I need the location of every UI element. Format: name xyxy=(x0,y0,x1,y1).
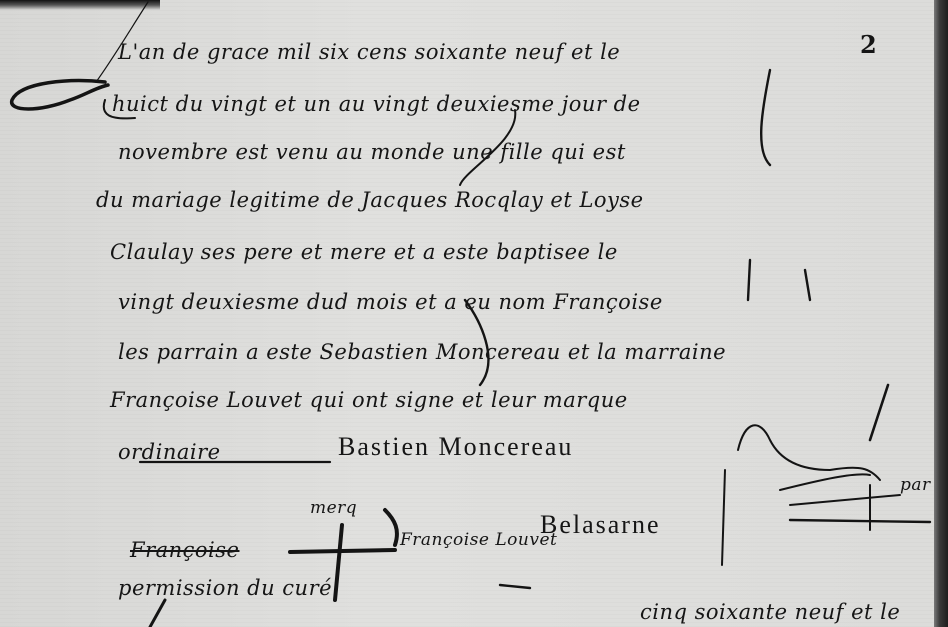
right-margin-note: par xyxy=(900,475,931,495)
mark-text: Françoise Louvet xyxy=(400,530,557,550)
priest-signature: Belasarne xyxy=(540,510,661,540)
record-line-9: ordinaire xyxy=(118,440,221,464)
line-text: huict du vingt et un au vingt deuxiesme … xyxy=(112,92,641,116)
signature-text: Bastien Moncereau xyxy=(338,432,573,461)
note-text: par xyxy=(900,475,931,495)
record-line-5: Claulay ses pere et mere et a este bapti… xyxy=(110,240,618,264)
record-line-4: du mariage legitime de Jacques Rocqlay e… xyxy=(96,188,644,212)
line-text: L'an de grace mil six cens soixante neuf… xyxy=(118,40,620,64)
record-line-2: huict du vingt et un au vingt deuxiesme … xyxy=(112,92,641,116)
line-text: Françoise Louvet qui ont signe et leur m… xyxy=(110,388,628,412)
page-number-mark: 2 xyxy=(860,30,877,59)
record-line-3: novembre est venu au monde une fille qui… xyxy=(118,140,626,164)
record-line-1: L'an de grace mil six cens soixante neuf… xyxy=(118,40,620,64)
marginal-note: merq xyxy=(310,498,357,518)
record-line-8: Françoise Louvet qui ont signe et leur m… xyxy=(110,388,628,412)
line-text: cinq soixante neuf et le xyxy=(640,600,900,624)
line-text: Claulay ses pere et mere et a este bapti… xyxy=(110,240,618,264)
document-page: L'an de grace mil six cens soixante neuf… xyxy=(0,0,936,627)
record-line-12: cinq soixante neuf et le xyxy=(640,600,900,624)
line-text: Françoise xyxy=(130,538,239,562)
line-text: permission du curé xyxy=(118,576,332,600)
line-text: vingt deuxiesme dud mois et a eu nom Fra… xyxy=(118,290,663,314)
note-text: merq xyxy=(310,498,357,518)
signature-text: Belasarne xyxy=(540,510,661,539)
line-text: du mariage legitime de Jacques Rocqlay e… xyxy=(96,188,644,212)
mark-text: 2 xyxy=(860,30,877,59)
line-text: novembre est venu au monde une fille qui… xyxy=(118,140,626,164)
line-text: les parrain a este Sebastien Moncereau e… xyxy=(118,340,726,364)
page-binding-edge xyxy=(934,0,948,627)
record-line-6: vingt deuxiesme dud mois et a eu nom Fra… xyxy=(118,290,663,314)
record-line-10: Françoise xyxy=(130,538,239,562)
godfather-signature: Bastien Moncereau xyxy=(338,432,573,462)
line-text: ordinaire xyxy=(118,440,221,464)
godmother-mark: Françoise Louvet xyxy=(400,530,557,550)
record-line-11: permission du curé xyxy=(118,576,332,600)
record-line-7: les parrain a este Sebastien Moncereau e… xyxy=(118,340,726,364)
